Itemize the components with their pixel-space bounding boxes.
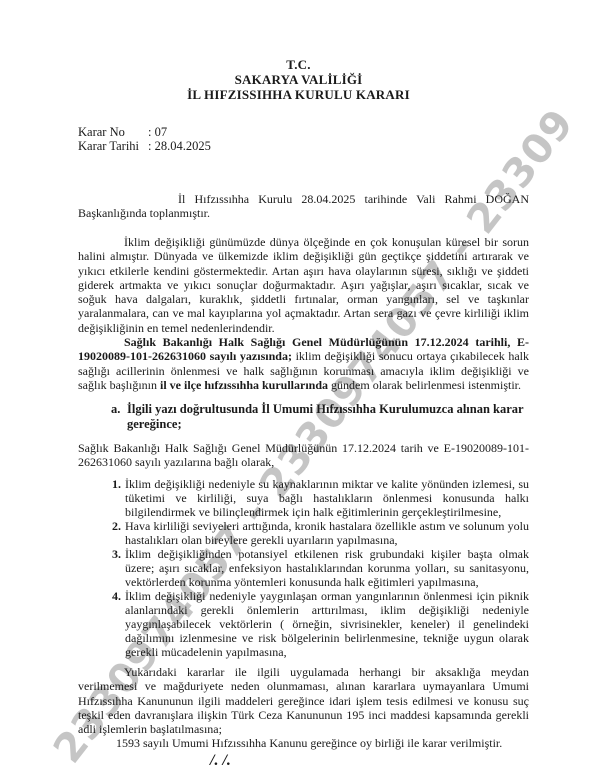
karar-tarihi: Karar Tarihi: 28.04.2025 <box>78 139 211 154</box>
list-item: 1.İklim değişikliği nedeniyle su kaynakl… <box>125 477 529 519</box>
list-item: 4.İklim değişikliği nedeniyle yaygınlaşa… <box>125 589 529 659</box>
karar-tarihi-value: : 28.04.2025 <box>148 139 211 153</box>
karar-tarihi-label: Karar Tarihi <box>78 139 148 154</box>
intro-paragraph: İl Hıfzıssıhha Kurulu 28.04.2025 tarihin… <box>78 192 529 221</box>
paragraph-4: Yukarıdaki kararlar ile ilgili uygulamad… <box>78 665 529 736</box>
list-item: 2.Hava kirliliği seviyeleri arttığında, … <box>125 519 529 547</box>
subheading-letter: a. <box>111 402 120 417</box>
header-valilik: SAKARYA VALİLİĞİ <box>0 72 597 88</box>
paragraph-1: İklim değişikliği günümüzde dünya ölçeği… <box>78 235 529 335</box>
karar-no-label: Karar No <box>78 125 148 140</box>
paragraph-2: Sağlık Bakanlığı Halk Sağlığı Genel Müdü… <box>78 335 529 392</box>
signature: /. /. <box>210 752 231 768</box>
header-title: İL HIFZISSIHHA KURULU KARARI <box>0 87 597 103</box>
subheading: a. İlgili yazı doğrultusunda İl Umumi Hı… <box>127 402 529 431</box>
karar-no-value: : 07 <box>148 125 167 139</box>
karar-no: Karar No: 07 <box>78 125 167 140</box>
paragraph-3: Sağlık Bakanlığı Halk Sağlığı Genel Müdü… <box>78 441 529 470</box>
paragraph-5: 1593 sayılı Umumi Hıfzıssıhha Kanunu ger… <box>78 736 529 750</box>
document-page: 2330974057 - 2330974057 - 23309 T.C. SAK… <box>0 0 597 768</box>
list-item: 3.İklim değişikliğinden potansiyel etkil… <box>125 547 529 589</box>
header-tc: T.C. <box>0 57 597 73</box>
